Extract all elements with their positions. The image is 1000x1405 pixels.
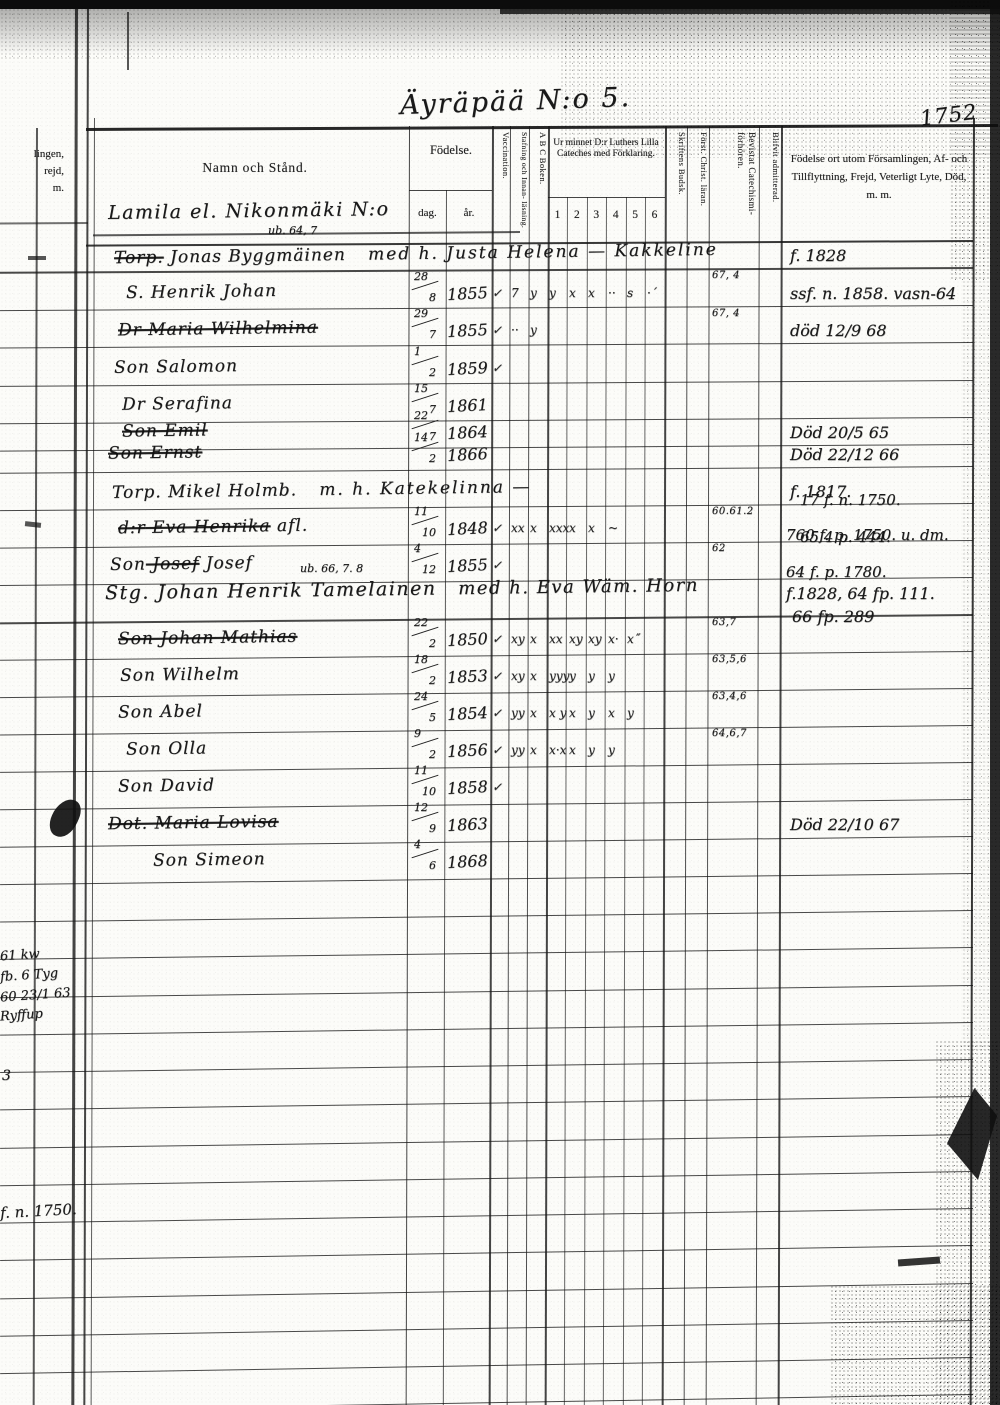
rule-horizontal <box>0 1059 973 1073</box>
margin-fragment-handwritten: Ryffup <box>0 1007 43 1025</box>
birth-day: 92 <box>413 730 437 758</box>
rule-horizontal <box>0 947 973 960</box>
exam-mark: y <box>608 743 615 757</box>
exam-mark: yy <box>511 706 525 720</box>
table-row: Son Simeon461868 <box>0 836 1000 873</box>
column-header-birth: Födelse. <box>411 143 491 158</box>
column-header-catechism: Ur minnet D:r Luthers Lilla Cateches med… <box>549 138 663 160</box>
rule-horizontal <box>0 1022 973 1036</box>
birth-year: 1850 <box>447 629 489 650</box>
table-row: Dr Maria Wilhelmina2971855✓··y67, 4död 1… <box>0 305 1000 342</box>
rule-horizontal <box>0 985 973 999</box>
meeting-years: 67, 4 <box>712 308 740 319</box>
catechism-subcolumn-number: 1 <box>548 209 567 221</box>
rule-horizontal <box>0 1096 973 1111</box>
exam-mark: x <box>530 521 537 535</box>
exam-mark: x˝ <box>627 632 640 646</box>
birth-day: 288 <box>413 273 437 301</box>
margin-fragment-printed: lingen, <box>0 148 64 160</box>
meeting-years: 60.61.2 <box>712 506 754 517</box>
exam-mark: x <box>569 743 576 757</box>
birth-day: 46 <box>413 841 437 869</box>
column-header-catechism-meetings: Bevistat Catechismi- förhören. <box>713 132 757 238</box>
exam-mark: y <box>588 706 595 720</box>
birth-year: 1848 <box>447 518 489 539</box>
note-2: 64 f. p. 1780. <box>786 563 887 581</box>
table-row: Dot. Maria Lovisa1291863Död 22/10 67 <box>0 799 1000 836</box>
rule-horizontal <box>0 910 973 923</box>
meeting-years: 63,7 <box>712 617 736 628</box>
birth-day: 129 <box>413 804 437 832</box>
rule-horizontal <box>0 1208 973 1224</box>
top-left-tick <box>127 12 129 70</box>
meeting-years: 64,6,7 <box>712 728 747 739</box>
rule-horizontal <box>0 1134 973 1149</box>
birth-day: 12 <box>413 348 437 376</box>
birth-day: 245 <box>413 693 437 721</box>
person-name: Dot. Maria Lovisa <box>108 812 279 834</box>
exam-mark: ✓ <box>492 558 502 572</box>
person-name: Son Josef Josef <box>110 553 253 575</box>
exam-mark: y <box>569 669 576 683</box>
rule-horizontal <box>0 1245 973 1261</box>
exam-mark: ✓ <box>492 743 502 757</box>
exam-mark: y <box>530 323 537 337</box>
column-header-name: Namn och Stånd. <box>100 160 410 176</box>
birth-day: 412 <box>413 545 437 573</box>
table-row: Son Wilhelm1821853✓xyxyyyyyy63,5,6 <box>0 651 1000 688</box>
birth-year: 1853 <box>447 666 489 687</box>
exam-mark: x <box>530 706 537 720</box>
column-header-admitted: Blifvit admitterad. <box>761 132 780 236</box>
farm-heading-superscript: ub. 64, 7 <box>268 224 317 237</box>
birth-year: 1855 <box>447 283 489 304</box>
table-row: Son Josef Josef4121855✓6265 4 p. 444.64 … <box>0 540 1000 577</box>
person-name: Son David <box>118 775 215 796</box>
table-row: Son Johan Mathias2221850✓xyxxxxyxyx·x˝63… <box>0 614 1000 651</box>
exam-mark: y <box>588 669 595 683</box>
bottom-right-corner-noise <box>830 1285 1000 1405</box>
exam-mark: ✓ <box>492 521 502 535</box>
column-header-christian-doctrine: Först. Christ. läran. <box>689 132 708 236</box>
birth-year: 1866 <box>447 444 489 465</box>
meeting-years: 63,4,6 <box>712 691 747 702</box>
margin-fragment-printed: m. <box>0 182 64 194</box>
exam-mark: xy <box>511 632 525 646</box>
rule-horizontal <box>0 1283 973 1300</box>
farm-heading: Stg. Johan Henrik Tamelainen med h. Eva … <box>105 574 699 604</box>
column-header-spelling-reading: Stafning och Innan- läsning. <box>510 132 528 236</box>
person-name: Son Johan Mathias <box>118 627 298 650</box>
birth-year: 1868 <box>447 851 489 872</box>
scanned-church-record-page: Namn och Stånd. Födelse. dag. år. Vaccin… <box>0 0 1000 1405</box>
birth-year: 1859 <box>447 358 489 379</box>
birth-year: 1863 <box>447 814 489 835</box>
rule-horizontal <box>0 1357 973 1374</box>
meeting-years: 63,5,6 <box>712 654 747 665</box>
birth-day: 222 <box>413 619 437 647</box>
rule-horizontal <box>0 1320 973 1337</box>
exam-mark: ~ <box>608 521 618 535</box>
exam-mark: x y <box>549 706 566 720</box>
page-number: 1752 <box>919 100 979 131</box>
table-row: S. Henrik Johan2881855✓7yyxx··s·´67, 4ss… <box>0 267 1000 305</box>
person-name: Dr Maria Wilhelmina <box>118 318 318 341</box>
exam-mark: x·x <box>549 743 566 757</box>
exam-mark: y <box>530 286 537 300</box>
exam-mark: yyy <box>549 669 569 683</box>
note: 65 4 p. 444. <box>800 528 891 546</box>
catechism-subcolumn-number: 3 <box>587 209 606 221</box>
exam-mark: y <box>608 669 615 683</box>
exam-mark: 7 <box>511 286 519 300</box>
birth-year: 1855 <box>447 555 489 576</box>
margin-fragment-handwritten: 60 23/1 63 <box>0 986 71 1006</box>
exam-mark: x <box>608 706 615 720</box>
farm-note: f.1828, 64 fp. 111. <box>786 584 935 603</box>
exam-mark: xy <box>511 669 525 683</box>
exam-mark: xy <box>588 632 602 646</box>
table-row: Son David11101858✓ <box>0 762 1000 799</box>
birth-day: 1110 <box>413 508 437 536</box>
table-row: Son Abel2451854✓yyxx yxyxy63,4,6 <box>0 688 1000 725</box>
margin-fragment-handwritten: fb. 6 Tyg <box>0 966 59 985</box>
table-row: Son Salomon121859✓ <box>0 342 1000 380</box>
table-row: Son Emil2271864Död 20/5 65 <box>0 417 1000 444</box>
person-name: d:r Eva Henrika afl. <box>118 516 308 539</box>
column-header-day: dag. <box>409 207 446 219</box>
exam-mark: ✓ <box>492 361 502 375</box>
page-title: Äyräpää N:o 5. <box>400 82 632 121</box>
rule-horizontal <box>409 190 492 191</box>
exam-mark: ·· <box>608 286 616 300</box>
birth-day: 142 <box>413 434 437 462</box>
exam-mark: ✓ <box>492 632 502 646</box>
ink-dash-bottom <box>898 1257 940 1267</box>
birth-day: 1110 <box>413 767 437 795</box>
top-scan-fade <box>0 9 1000 55</box>
exam-mark: xx <box>511 521 525 535</box>
note: f. 1828 <box>790 246 846 265</box>
catechism-subcolumn-number: 6 <box>645 209 664 221</box>
rule-horizontal <box>0 1171 973 1187</box>
exam-mark: y <box>549 286 556 300</box>
exam-mark: y <box>627 706 634 720</box>
table-row: Dr Serafina1571861 <box>0 380 1000 417</box>
exam-mark: yy <box>511 743 525 757</box>
table-row: Torp. Jonas Byggmäinen med h. Justa Hele… <box>0 240 1000 267</box>
exam-mark: xx <box>549 632 563 646</box>
exam-mark: ✓ <box>492 323 502 337</box>
column-header-year: år. <box>446 207 492 219</box>
margin-fragment-single: 3 <box>2 1068 11 1084</box>
person-name: Torp. Mikel Holmb. m. h. Katekelinna — <box>112 477 532 503</box>
person-name: S. Henrik Johan <box>126 281 277 303</box>
rule-horizontal <box>0 873 973 885</box>
note: 17 f. n. 1750. <box>800 491 901 509</box>
rule-horizontal <box>0 1394 973 1405</box>
exam-mark: x <box>530 632 537 646</box>
birth-day: 182 <box>413 656 437 684</box>
ink-dash-margin-1 <box>28 256 46 260</box>
exam-mark: x· <box>608 632 619 646</box>
rule-horizontal <box>548 197 665 198</box>
person-name: Son Abel <box>118 701 203 722</box>
exam-mark: ✓ <box>492 780 502 794</box>
meeting-years: 62 <box>712 543 726 554</box>
margin-fragment-handwritten: 61 kw <box>0 947 40 965</box>
exam-mark: xy <box>569 632 583 646</box>
exam-mark: ·· <box>511 323 519 337</box>
exam-mark: ✓ <box>492 286 502 300</box>
farm-heading: Lamila el. Nikonmäki N:o <box>108 198 390 224</box>
person-name: Son Emil <box>122 420 208 441</box>
rule-horizontal <box>0 222 88 224</box>
table-row: Son Ernst1421866Död 22/12 66 <box>0 444 1000 466</box>
exam-mark: ·´ <box>647 286 657 300</box>
person-name: Son Wilhelm <box>120 664 240 686</box>
birth-day: 297 <box>413 310 437 338</box>
birth-year: 1854 <box>447 703 489 724</box>
column-header-abc-book: A B C Boken. <box>529 132 547 236</box>
birth-year: 1864 <box>447 422 489 443</box>
exam-mark: x <box>530 669 537 683</box>
catechism-subcolumn-number: 2 <box>567 209 586 221</box>
column-header-birthplace-notes: Födelse ort utom Församlingen, Af- och T… <box>788 150 970 204</box>
exam-mark: ✓ <box>492 669 502 683</box>
person-name: Son Salomon <box>114 356 238 378</box>
exam-mark: x <box>569 521 576 535</box>
exam-mark: xxx <box>549 521 569 535</box>
exam-mark: s <box>627 286 633 300</box>
right-edge-line <box>990 0 1000 1405</box>
exam-mark: x <box>588 286 595 300</box>
column-header-vaccination: Vaccination. <box>493 132 510 236</box>
person-name: Son Simeon <box>153 849 266 871</box>
birth-year: 1855 <box>447 320 489 341</box>
person-name: Son Ernst <box>108 442 203 463</box>
catechism-subcolumn-number: 4 <box>606 209 625 221</box>
note: ssf. n. 1858. vasn-64 <box>790 284 956 303</box>
rule-horizontal <box>86 124 998 131</box>
column-header-scripture: Skriftens Budsk. <box>667 132 686 236</box>
meeting-years: 67, 4 <box>712 270 740 281</box>
exam-mark: x <box>588 521 595 535</box>
table-row: Son Olla921856✓yyxx·xxyy64,6,7 <box>0 725 1000 762</box>
exam-mark: x <box>530 743 537 757</box>
exam-mark: y <box>588 743 595 757</box>
note: Död 20/5 65 <box>790 423 889 442</box>
note: Död 22/10 67 <box>790 815 899 834</box>
birth-year: 1856 <box>447 740 489 761</box>
birth-year: 1861 <box>447 395 489 416</box>
exam-mark: x <box>569 706 576 720</box>
exam-mark: x <box>569 286 576 300</box>
margin-fragment-bottom: f. n. 1750. <box>0 1200 77 1222</box>
birth-year: 1858 <box>447 777 489 798</box>
person-name: Dr Serafina <box>122 393 233 415</box>
note: Död 22/12 66 <box>790 445 899 464</box>
exam-mark: ✓ <box>492 706 502 720</box>
person-name: Torp. Jonas Byggmäinen med h. Justa Hele… <box>114 240 718 268</box>
person-name: Son Olla <box>126 738 207 759</box>
margin-fragment-printed: rejd, <box>0 165 64 177</box>
farm-heading-superscript: ub. 66, 7. 8 <box>300 562 363 575</box>
catechism-subcolumn-number: 5 <box>626 209 645 221</box>
note: död 12/9 68 <box>790 321 887 340</box>
